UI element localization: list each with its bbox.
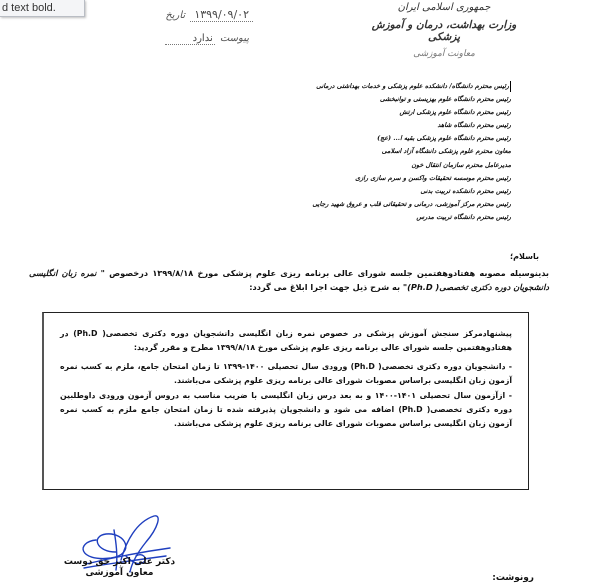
resolution-intro: پیشنهادمرکز سنجش آموزش پزشکی در خصوص نمر… <box>60 327 512 356</box>
resolution-box: پیشنهادمرکز سنجش آموزش پزشکی در خصوص نمر… <box>42 312 529 490</box>
recipient-item: رئیس محترم مرکز آموزشی، درمانی و تحقیقات… <box>312 198 511 211</box>
letterhead-deputy: معاونت آموزشی <box>369 49 519 59</box>
intro-text: بدینوسیله مصوبه هفتادوهفتمین جلسه شورای … <box>101 268 549 278</box>
recipient-item: رئیس محترم دانشگاه علوم پزشکی ارتش <box>312 106 511 119</box>
resolution-content: پیشنهادمرکز سنجش آموزش پزشکی در خصوص نمر… <box>60 327 512 432</box>
recipient-item: رئیس محترم دانشگاه تربیت مدرس <box>312 211 511 224</box>
recipient-item: مدیرعامل محترم سازمان انتقال خون <box>312 159 511 172</box>
recipients-list: رئیس محترم دانشگاه/ دانشکده علوم پزشکی و… <box>312 80 511 224</box>
date-field: ۱۳۹۹/۰۹/۰۲ تاریخ <box>165 3 253 22</box>
attachment-value: ندارد <box>165 33 215 45</box>
letterhead-country: جمهوری اسلامی ایران <box>369 2 519 13</box>
recipient-item: رئیس محترم دانشگاه علوم پزشکی بقیه ا... … <box>312 132 511 145</box>
attachment-label: پیوست <box>220 33 249 44</box>
intro-paragraph: بدینوسیله مصوبه هفتادوهفتمین جلسه شورای … <box>29 266 549 294</box>
intro-text-end: به شرح ذیل جهت اجرا ابلاغ می گردد: <box>249 282 400 292</box>
recipient-item: رئیس محترم دانشگاه/ دانشکده علوم پزشکی و… <box>312 80 511 93</box>
greeting: باسلام؛ <box>510 252 539 261</box>
cc-label: رونوشت: <box>492 573 534 583</box>
recipient-item: رئیس محترم دانشکده تربیت بدنی <box>312 185 511 198</box>
letterhead: جمهوری اسلامی ایران وزارت بهداشت، درمان … <box>369 2 519 59</box>
recipient-item: معاون محترم علوم پزشکی دانشگاه آزاد اسلا… <box>312 145 511 158</box>
resolution-item-1: - دانشجویان دوره دکتری تخصصی( Ph.D) ورود… <box>60 360 512 389</box>
tooltip-text: d text bold. <box>2 2 56 14</box>
recipient-item: رئیس محترم موسسه تحقیقات واکسن و سرم ساز… <box>312 172 511 185</box>
signatory: دکتر علی اکبر حق دوست معاون آموزشی <box>62 557 177 579</box>
date-value: ۱۳۹۹/۰۹/۰۲ <box>190 8 253 22</box>
recipient-item: رئیس محترم دانشگاه شاهد <box>312 119 511 132</box>
tooltip: d text bold. <box>0 0 85 17</box>
attachment-field: پیوست ندارد <box>165 26 249 45</box>
signatory-name: دکتر علی اکبر حق دوست <box>62 557 177 568</box>
date-label: تاریخ <box>165 10 185 21</box>
text-cursor <box>510 81 511 92</box>
letterhead-ministry: وزارت بهداشت، درمان و آموزش پزشکی <box>369 19 519 43</box>
resolution-item-2: - ازآزمون سال تحصیلی ۱۴۰۱-۱۴۰۰ و به بعد … <box>60 389 512 432</box>
recipient-item: رئیس محترم دانشگاه علوم بهزیستی و توانبخ… <box>312 93 511 106</box>
signatory-title: معاون آموزشی <box>62 568 177 579</box>
